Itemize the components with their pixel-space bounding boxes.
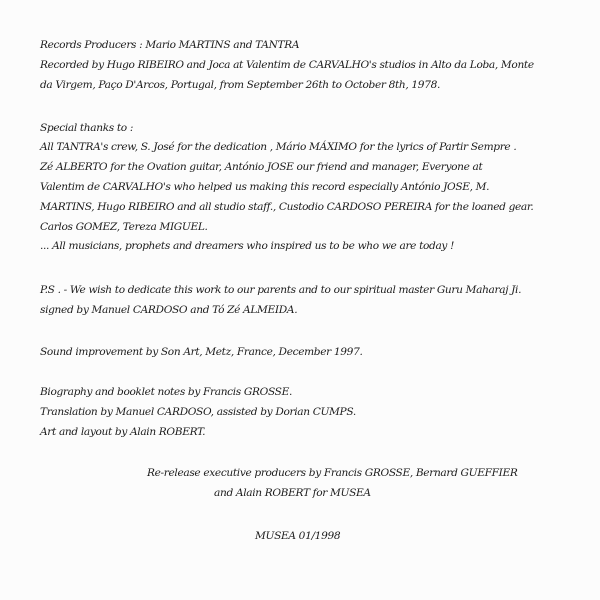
thanks-heading: Special thanks to : (40, 121, 133, 135)
ps-line-1: P.S . - We wish to dedicate this work to… (40, 283, 521, 297)
catalog-number: MUSEA 01/1998 (255, 529, 340, 543)
thanks-line-3: Valentim de CARVALHO's who helped us mak… (40, 180, 489, 194)
thanks-line-1: All TANTRA's crew, S. José for the dedic… (40, 140, 516, 154)
liner-notes-page: Records Producers : Mario MARTINS and TA… (0, 0, 600, 600)
rerelease-line-2: and Alain ROBERT for MUSEA (214, 486, 371, 500)
thanks-line-2: Zé ALBERTO for the Ovation guitar, Antón… (40, 160, 482, 174)
producers-line: Records Producers : Mario MARTINS and TA… (40, 38, 299, 52)
sound-line: Sound improvement by Son Art, Metz, Fran… (40, 345, 362, 359)
notes-line-3: Art and layout by Alain ROBERT. (40, 425, 205, 439)
recorded-line-2: da Virgem, Paço D'Arcos, Portugal, from … (40, 78, 440, 92)
ps-line-2: signed by Manuel CARDOSO and Tó Zé ALMEI… (40, 303, 297, 317)
rerelease-line-1: Re-release executive producers by Franci… (147, 466, 517, 480)
notes-line-1: Biography and booklet notes by Francis G… (40, 385, 292, 399)
recorded-line-1: Recorded by Hugo RIBEIRO and Joca at Val… (40, 58, 534, 72)
thanks-line-5: Carlos GOMEZ, Tereza MIGUEL. (40, 220, 208, 234)
thanks-line-6: ... All musicians, prophets and dreamers… (40, 239, 454, 253)
notes-line-2: Translation by Manuel CARDOSO, assisted … (40, 405, 356, 419)
thanks-line-4: MARTINS, Hugo RIBEIRO and all studio sta… (40, 200, 533, 214)
